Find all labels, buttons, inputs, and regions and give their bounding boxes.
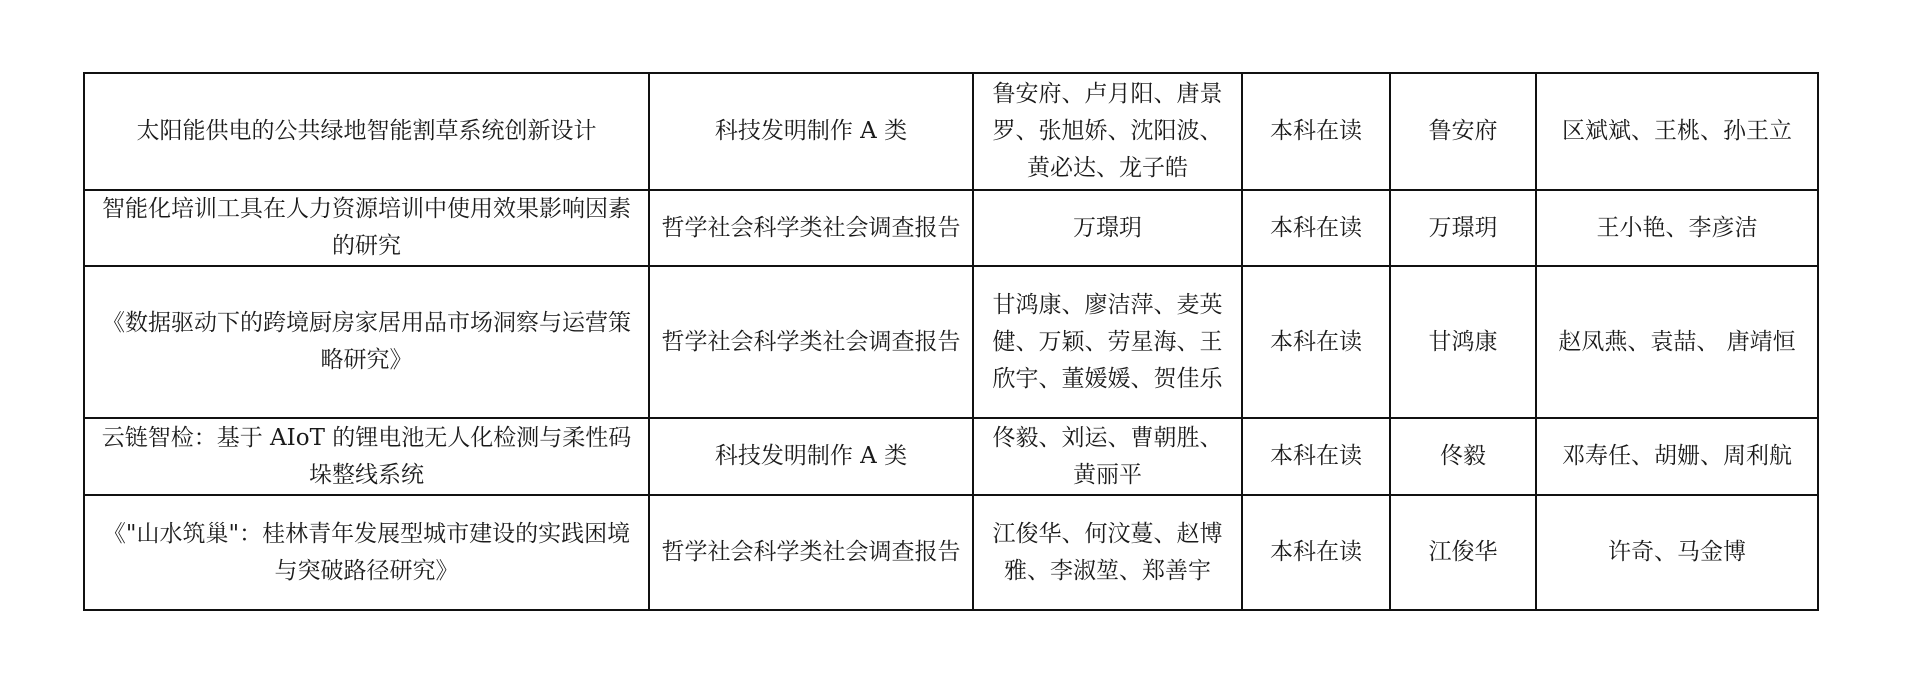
members-cell: 万璟玥: [973, 190, 1242, 266]
status-cell: 本科在读: [1242, 190, 1390, 266]
projects-table: 太阳能供电的公共绿地智能割草系统创新设计 科技发明制作 A 类 鲁安府、卢月阳、…: [83, 72, 1819, 611]
status-cell: 本科在读: [1242, 418, 1390, 495]
project-title-cell: 《"山水筑巢"：桂林青年发展型城市建设的实践困境与突破路径研究》: [84, 495, 649, 610]
status-cell: 本科在读: [1242, 495, 1390, 610]
table-row: 《数据驱动下的跨境厨房家居用品市场洞察与运营策略研究》 哲学社会科学类社会调查报…: [84, 266, 1818, 418]
category-cell: 哲学社会科学类社会调查报告: [649, 495, 973, 610]
leader-cell: 佟毅: [1390, 418, 1536, 495]
members-cell: 鲁安府、卢月阳、唐景罗、张旭娇、沈阳波、黄必达、龙子皓: [973, 73, 1242, 190]
members-cell: 江俊华、何汶蔓、赵博雅、李淑堃、郑善宇: [973, 495, 1242, 610]
category-cell: 科技发明制作 A 类: [649, 418, 973, 495]
members-cell: 佟毅、刘运、曹朝胜、黄丽平: [973, 418, 1242, 495]
table-row: 智能化培训工具在人力资源培训中使用效果影响因素的研究 哲学社会科学类社会调查报告…: [84, 190, 1818, 266]
leader-cell: 万璟玥: [1390, 190, 1536, 266]
project-title-cell: 《数据驱动下的跨境厨房家居用品市场洞察与运营策略研究》: [84, 266, 649, 418]
project-title-cell: 云链智检：基于 AIoT 的锂电池无人化检测与柔性码垛整线系统: [84, 418, 649, 495]
project-title-cell: 智能化培训工具在人力资源培训中使用效果影响因素的研究: [84, 190, 649, 266]
project-title-cell: 太阳能供电的公共绿地智能割草系统创新设计: [84, 73, 649, 190]
category-cell: 哲学社会科学类社会调查报告: [649, 190, 973, 266]
table-row: 太阳能供电的公共绿地智能割草系统创新设计 科技发明制作 A 类 鲁安府、卢月阳、…: [84, 73, 1818, 190]
leader-cell: 甘鸿康: [1390, 266, 1536, 418]
status-cell: 本科在读: [1242, 266, 1390, 418]
members-cell: 甘鸿康、廖洁萍、麦英健、万颖、劳星海、王欣宇、董媛媛、贺佳乐: [973, 266, 1242, 418]
advisors-cell: 赵凤燕、袁喆、 唐靖恒: [1536, 266, 1818, 418]
advisors-cell: 邓寿任、胡姗、周利航: [1536, 418, 1818, 495]
advisors-cell: 区斌斌、王桃、孙王立: [1536, 73, 1818, 190]
advisors-cell: 王小艳、李彦洁: [1536, 190, 1818, 266]
status-cell: 本科在读: [1242, 73, 1390, 190]
category-cell: 哲学社会科学类社会调查报告: [649, 266, 973, 418]
table-row: 《"山水筑巢"：桂林青年发展型城市建设的实践困境与突破路径研究》 哲学社会科学类…: [84, 495, 1818, 610]
table-row: 云链智检：基于 AIoT 的锂电池无人化检测与柔性码垛整线系统 科技发明制作 A…: [84, 418, 1818, 495]
leader-cell: 江俊华: [1390, 495, 1536, 610]
category-cell: 科技发明制作 A 类: [649, 73, 973, 190]
leader-cell: 鲁安府: [1390, 73, 1536, 190]
advisors-cell: 许奇、马金博: [1536, 495, 1818, 610]
